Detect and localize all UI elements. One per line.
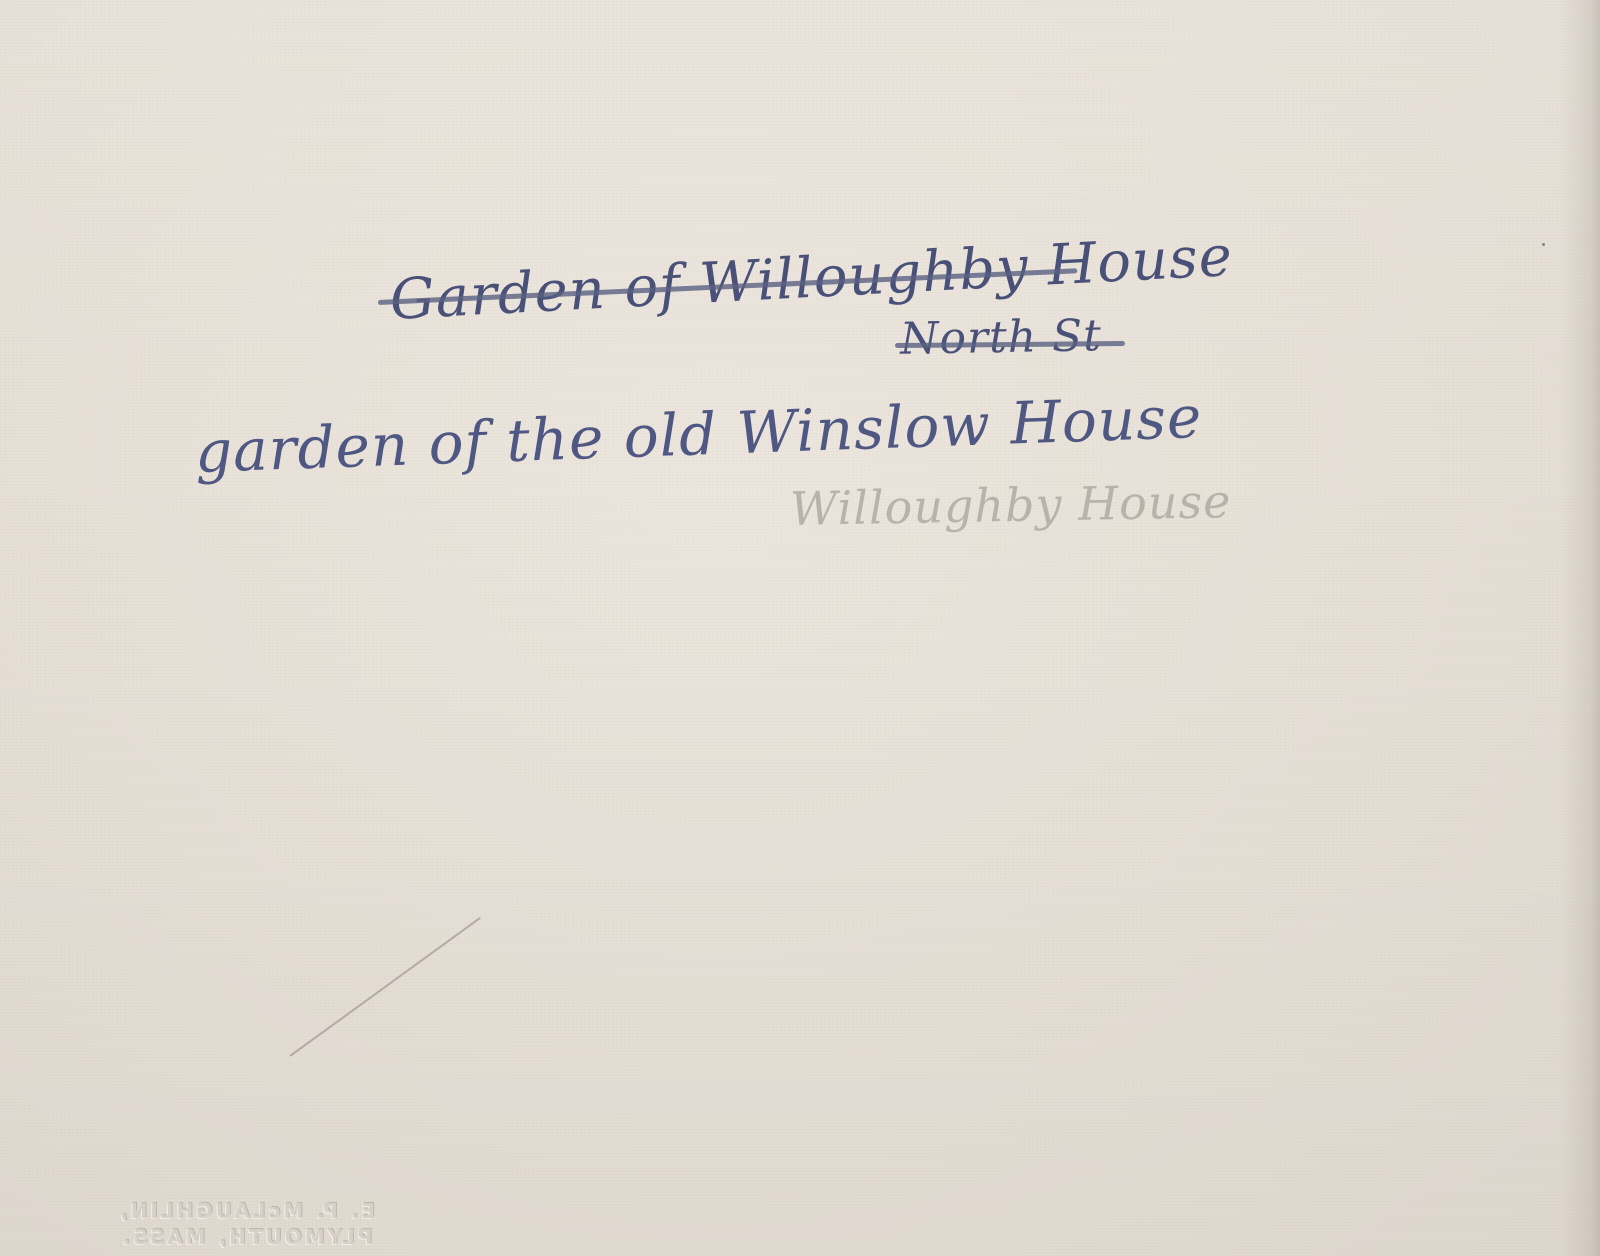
pencil-note: Willoughby House: [790, 474, 1232, 536]
pencil-scratch-mark: [290, 917, 481, 1056]
struck-out-title: Garden of Willoughby House: [388, 224, 1234, 333]
stamp-line-name: E. P. McLAUGHLIN,: [116, 1198, 376, 1224]
ink-speck: [1542, 243, 1545, 246]
struck-out-street: North St: [900, 310, 1103, 365]
paper-texture: [0, 0, 1600, 1256]
embossed-photographer-stamp: E. P. McLAUGHLIN, PLYMOUTH, MASS.: [116, 1198, 376, 1250]
photo-mount-back: Garden of Willoughby House North St gard…: [0, 0, 1600, 1256]
stamp-line-location: PLYMOUTH, MASS.: [116, 1224, 376, 1250]
handwritten-caption: garden of the old Winslow House: [194, 383, 1203, 486]
